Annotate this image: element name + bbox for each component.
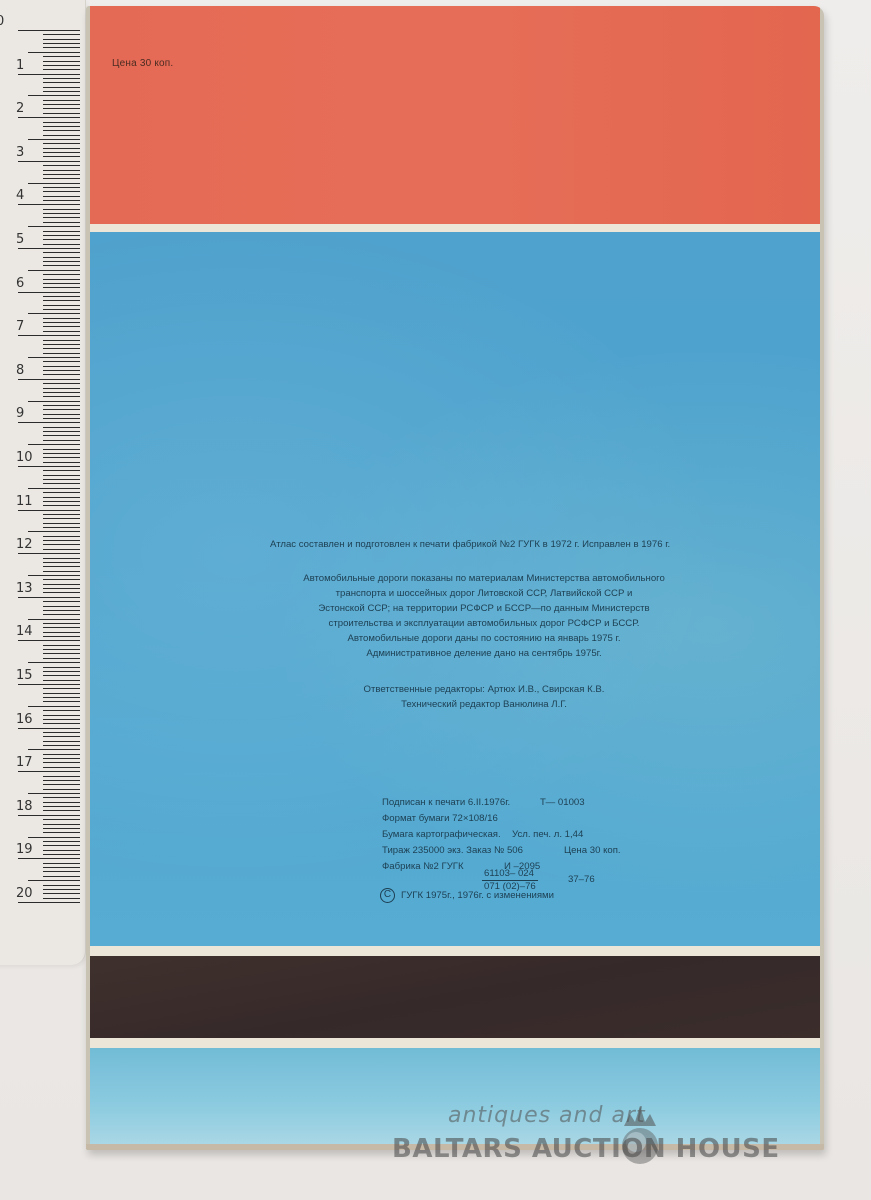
ruler-tick [43,867,80,868]
ruler-label: 14 [16,625,33,638]
ruler-tick [43,483,80,484]
ruler-tick [43,287,80,288]
ruler-tick [43,152,80,153]
ruler-tick [43,65,80,66]
ruler-tick [28,401,80,402]
ruler-tick [43,191,80,192]
ruler-label: 20 [16,887,33,900]
ruler-tick [43,776,80,777]
ruler-tick [43,501,80,502]
ruler-tick [18,553,80,554]
ruler-tick [43,845,80,846]
ruler-tick [43,305,80,306]
ruler-tick [43,523,80,524]
ruler-tick [43,261,80,262]
ruler-tick [43,636,80,637]
ruler-tick [43,113,80,114]
ruler-tick [43,745,80,746]
ruler-tick [43,571,80,572]
ruler-tick [18,771,80,772]
ruler-tick [18,248,80,249]
roads-line: Автомобильные дороги показаны по материа… [300,571,668,586]
ruler-tick [43,43,80,44]
ruler-tick [18,30,80,31]
ruler-tick [43,331,80,332]
ruler-tick [43,588,80,589]
ruler-tick [28,575,80,576]
ruler-tick [43,462,80,463]
ruler-tick [43,623,80,624]
ruler-tick [43,361,80,362]
photo-scene: 01234567891011121314151617181920 Цена 30… [0,0,871,1200]
ruler-tick [18,335,80,336]
ruler-label: 4 [16,189,24,202]
ruler-tick [43,566,80,567]
red-band: Цена 30 коп. [90,6,820,224]
ruler-tick [43,584,80,585]
atlas-credit-line: Атлас составлен и подготовлен к печати ф… [270,537,700,552]
ruler-tick [43,239,80,240]
ruler-label: 6 [16,277,24,290]
print-info-left: Фабрика №2 ГУГК [382,861,464,872]
ruler-tick [43,614,80,615]
ruler-tick [43,388,80,389]
ruler-tick [43,736,80,737]
cream-stripe [90,224,820,232]
print-info-row: Тираж 235000 экз. Заказ № 506Цена 30 коп… [382,843,642,859]
ruler-tick [43,449,80,450]
print-info-row: Формат бумаги 72×108/16 [382,811,642,827]
ruler-tick [43,91,80,92]
print-info-right: Т— 01003 [540,795,585,810]
ruler-tick [43,405,80,406]
ruler-tick [43,797,80,798]
ruler-tick [43,653,80,654]
ruler-tick [43,187,80,188]
ruler-tick [43,627,80,628]
ruler-tick [43,540,80,541]
ruler-tick [43,78,80,79]
technical-editor: Технический редактор Ванюлина Л.Г. [354,697,614,712]
ruler-tick [43,667,80,668]
ruler-tick [43,69,80,70]
ruler-tick [28,183,80,184]
light-blue-band [90,1048,820,1144]
ruler-tick [43,174,80,175]
ruler-tick [43,871,80,872]
ruler-tick [43,309,80,310]
ruler-tick [43,392,80,393]
ruler-tick [18,597,80,598]
copyright-text: ГУГК 1975г., 1976г. с изменениями [401,890,554,901]
ruler-tick [18,510,80,511]
ruler-tick [43,832,80,833]
ruler-tick [43,898,80,899]
ruler-tick [43,196,80,197]
ruler-tick [43,850,80,851]
ruler-tick [18,422,80,423]
ruler-tick [28,95,80,96]
ruler-tick [43,244,80,245]
ruler-tick [43,340,80,341]
ruler-tick [43,762,80,763]
ruler-tick [43,693,80,694]
ruler-tick [18,292,80,293]
ruler-tick [43,536,80,537]
ruler-tick [43,431,80,432]
ruler-tick [18,728,80,729]
print-info-block: Подписан к печати 6.II.1976г.Т— 01003 Фо… [382,795,642,875]
ruler-label: 5 [16,233,24,246]
ruler-label: 3 [16,146,24,159]
ruler-tick [43,658,80,659]
measuring-ruler: 01234567891011121314151617181920 [0,0,86,965]
ruler-tick [28,749,80,750]
ruler-tick [43,274,80,275]
ruler-tick [43,475,80,476]
ruler-tick [43,514,80,515]
ruler-tick [43,606,80,607]
ruler-tick [43,710,80,711]
ruler-tick [43,104,80,105]
ruler-tick [43,47,80,48]
ruler-tick [43,322,80,323]
ruler-tick [43,252,80,253]
ruler-tick [43,414,80,415]
print-info-left: Тираж 235000 экз. Заказ № 506 [382,845,523,856]
roads-line: строительства и эксплуатации автомобильн… [300,616,668,631]
ruler-tick [28,226,80,227]
copyright-line: CГУГК 1975г., 1976г. с изменениями [380,888,554,903]
ruler-tick [43,715,80,716]
ruler-tick [43,885,80,886]
ruler-tick [43,156,80,157]
ruler-tick [43,143,80,144]
ruler-tick [43,579,80,580]
ruler-tick [43,366,80,367]
responsible-editors: Ответственные редакторы: Артюх И.В., Сви… [354,682,614,697]
ruler-label: 18 [16,800,33,813]
ruler-tick [18,74,80,75]
ruler-tick [43,562,80,563]
ruler-tick [43,758,80,759]
roads-line: Автомобильные дороги даны по состоянию н… [300,631,668,646]
ruler-tick [43,100,80,101]
ruler-tick [18,815,80,816]
roads-line: Административное деление дано на сентябр… [300,646,668,661]
ruler-tick [43,231,80,232]
ruler-tick [43,213,80,214]
ruler-tick [43,200,80,201]
code-suffix: 37–76 [568,874,595,885]
ruler-tick [43,418,80,419]
ruler-tick [43,235,80,236]
ruler-tick [43,505,80,506]
price-label-top: Цена 30 коп. [112,58,173,69]
ruler-tick [43,126,80,127]
ruler-tick [43,671,80,672]
ruler-tick [28,52,80,53]
ruler-tick [43,135,80,136]
ruler-tick [43,784,80,785]
ruler-tick [43,518,80,519]
ruler-tick [43,296,80,297]
ruler-tick [43,810,80,811]
ruler-tick [43,56,80,57]
ruler-tick [43,427,80,428]
ruler-tick [43,732,80,733]
ruler-tick [43,802,80,803]
ruler-tick [43,108,80,109]
ruler-tick [28,488,80,489]
ruler-tick [18,161,80,162]
ruler-tick [43,353,80,354]
ruler-tick [43,318,80,319]
ruler-tick [43,649,80,650]
ruler-tick [43,396,80,397]
ruler-tick [43,497,80,498]
ruler-tick [43,675,80,676]
ruler-tick [43,217,80,218]
ruler-tick [28,357,80,358]
ruler-tick [43,326,80,327]
ruler-label: 9 [16,407,24,420]
ruler-tick [43,824,80,825]
ruler-tick [18,466,80,467]
ruler-tick [43,82,80,83]
ruler-tick [18,684,80,685]
code-numerator: 61103– 024 [482,868,538,881]
dark-band [90,956,820,1038]
ruler-tick [43,819,80,820]
ruler-tick [43,719,80,720]
ruler-tick [43,457,80,458]
ruler-tick [18,902,80,903]
cream-stripe [90,1038,820,1048]
ruler-tick [43,492,80,493]
ruler-tick [43,780,80,781]
ruler-tick [43,300,80,301]
ruler-tick [28,619,80,620]
ruler-tick [28,880,80,881]
ruler-tick [43,697,80,698]
ruler-tick [43,370,80,371]
ruler-tick [43,610,80,611]
ruler-tick [28,270,80,271]
print-info-right: Усл. печ. л. 1,44 [512,827,583,842]
ruler-tick [43,453,80,454]
ruler-tick [43,435,80,436]
ruler-label: 8 [16,364,24,377]
ruler-label: 2 [16,102,24,115]
ruler-tick [28,793,80,794]
ruler-tick [28,139,80,140]
ruler-tick [43,209,80,210]
ruler-tick [43,279,80,280]
ruler-tick [43,122,80,123]
cream-stripe [90,946,820,956]
ruler-tick [28,706,80,707]
ruler-label: 0 [0,15,4,28]
copyright-icon: C [380,888,395,903]
ruler-tick [43,409,80,410]
ruler-tick [43,170,80,171]
ruler-tick [43,383,80,384]
print-info-left: Подписан к печати 6.II.1976г. [382,797,510,808]
ruler-tick [43,148,80,149]
ruler-tick [43,828,80,829]
roads-source-paragraph: Автомобильные дороги показаны по материа… [300,571,668,661]
ruler-tick [43,645,80,646]
roads-line: Эстонской ССР; на территории РСФСР и БСС… [300,601,668,616]
ruler-tick [43,130,80,131]
ruler-tick [43,741,80,742]
ruler-tick [43,723,80,724]
watermark-brand: BALTARS AUCTION HOUSE [392,1134,780,1164]
ruler-tick [43,789,80,790]
ruler-tick [18,858,80,859]
ruler-tick [43,549,80,550]
ruler-tick [43,257,80,258]
ruler-tick [43,374,80,375]
ruler-tick [43,348,80,349]
ruler-tick [43,39,80,40]
ruler-tick [18,204,80,205]
ruler-tick [43,841,80,842]
ruler-tick [43,344,80,345]
ruler-tick [43,863,80,864]
ruler-tick [28,662,80,663]
editors-block: Ответственные редакторы: Артюх И.В., Сви… [354,682,614,712]
ruler-tick [43,470,80,471]
print-info-left: Бумага картографическая. [382,829,501,840]
ruler-tick [28,837,80,838]
roads-line: транспорта и шоссейных дорог Литовской С… [300,586,668,601]
ruler-tick [43,754,80,755]
ruler-tick [28,444,80,445]
ruler-tick [43,544,80,545]
ruler-label: 11 [16,495,33,508]
ruler-tick [43,440,80,441]
ruler-tick [43,876,80,877]
ruler-label: 15 [16,669,33,682]
ruler-tick [43,34,80,35]
ruler-tick [43,87,80,88]
ruler-tick [43,893,80,894]
atlas-back-cover: Цена 30 коп. Атлас составлен и подготовл… [86,6,824,1150]
ruler-tick [43,688,80,689]
ruler-label: 7 [16,320,24,333]
ruler-tick [43,283,80,284]
print-info-row: Бумага картографическая.Усл. печ. л. 1,4… [382,827,642,843]
ruler-tick [43,222,80,223]
ruler-label: 17 [16,756,33,769]
ruler-tick [43,601,80,602]
ruler-tick [43,680,80,681]
ruler-tick [43,854,80,855]
ruler-tick [43,592,80,593]
ruler-tick [43,165,80,166]
ruler-label: 19 [16,843,33,856]
ruler-tick [43,889,80,890]
ruler-tick [43,632,80,633]
ruler-tick [18,117,80,118]
ruler-tick [43,527,80,528]
ruler-label: 10 [16,451,33,464]
ruler-label: 16 [16,713,33,726]
ruler-tick [43,479,80,480]
ruler-label: 13 [16,582,33,595]
ruler-label: 1 [16,59,24,72]
print-info-right: Цена 30 коп. [564,843,621,858]
ruler-tick [18,379,80,380]
ruler-tick [43,178,80,179]
ruler-tick [43,767,80,768]
ruler-tick [43,61,80,62]
ruler-tick [28,313,80,314]
ruler-tick [43,265,80,266]
ruler-label: 12 [16,538,33,551]
print-info-left: Формат бумаги 72×108/16 [382,813,498,824]
ruler-tick [18,640,80,641]
watermark-tagline: antiques and art [448,1103,646,1128]
ruler-tick [43,701,80,702]
ruler-tick [43,558,80,559]
ruler-tick [43,806,80,807]
print-info-row: Подписан к печати 6.II.1976г.Т— 01003 [382,795,642,811]
ruler-tick [28,531,80,532]
